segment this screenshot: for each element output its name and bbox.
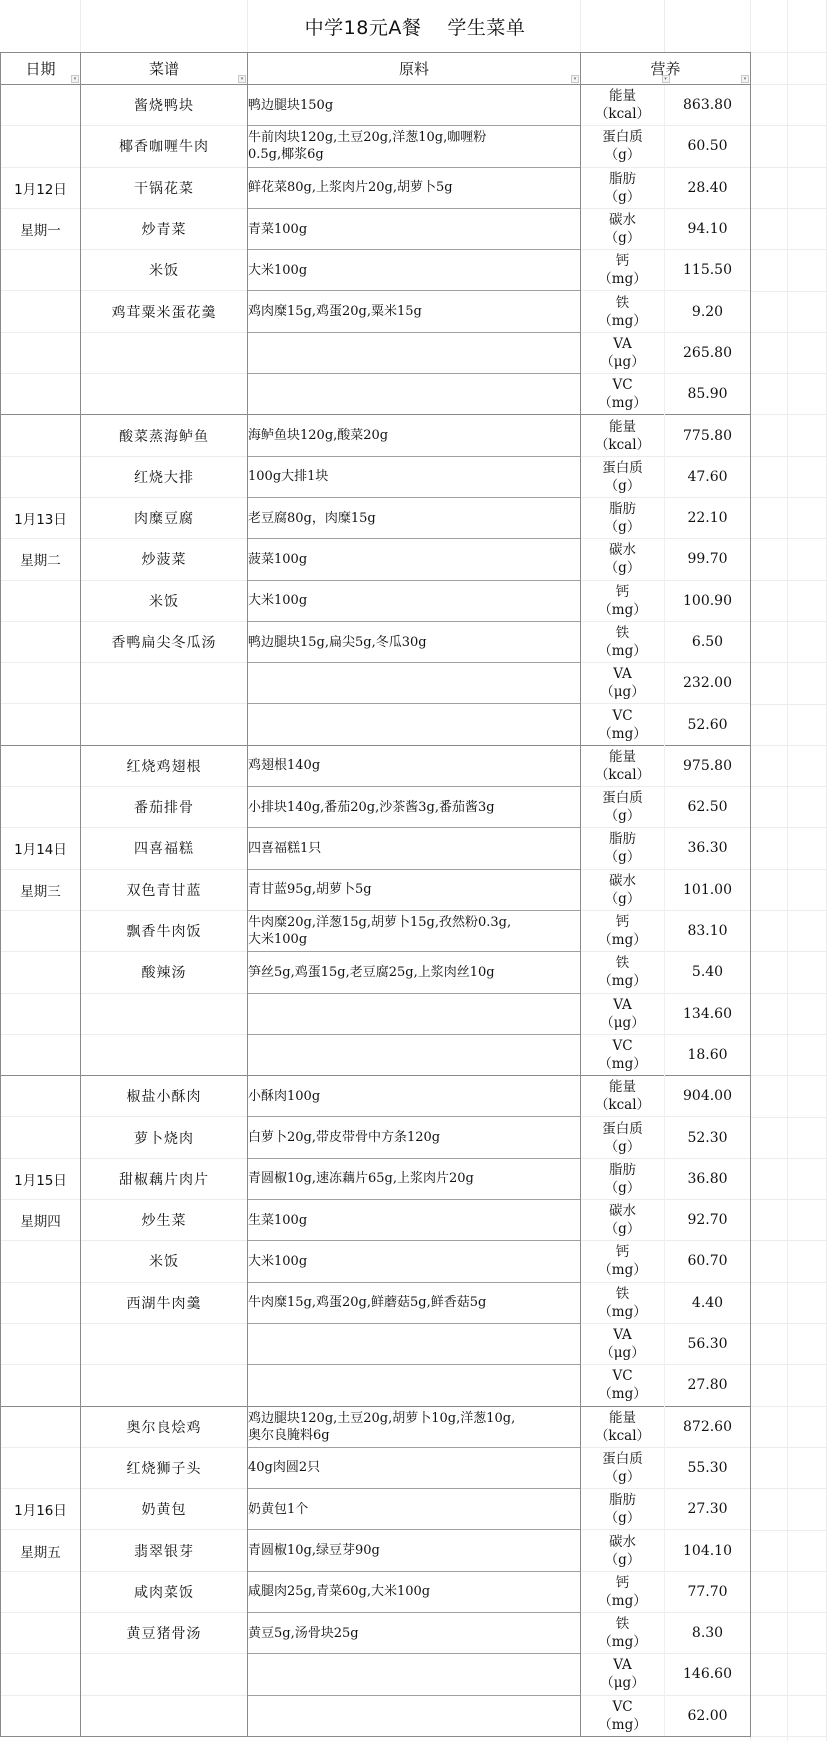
ingredients-cell: 鸡肉糜15g,鸡蛋20g,粟米15g [248, 291, 581, 332]
ingredients-text: 小酥肉100g [248, 1088, 580, 1105]
dish-name-cell: 奥尔良烩鸡 [81, 1406, 248, 1447]
nutrient-value-cell: 101.00 [665, 869, 751, 910]
ingredients-text: 奶黄包1个 [248, 1501, 580, 1518]
nutrient-name: 脂肪 [581, 1161, 664, 1179]
dish-name-cell: 奶黄包 [81, 1489, 248, 1530]
nutrient-name: 碳水 [581, 541, 664, 559]
ingredients-text: 白萝卜20g,带皮带骨中方条120g [248, 1129, 580, 1146]
date-cell-empty [1, 910, 81, 951]
nutrient-unit: （g） [581, 1551, 664, 1569]
nutrient-name: VA [581, 335, 664, 353]
table-row: VA（μg）232.00 [1, 663, 751, 704]
table-row: VC（mg）85.90 [1, 374, 751, 415]
nutrient-value-cell: 232.00 [665, 663, 751, 704]
nutrient-label-cell: 铁（mg） [581, 621, 665, 662]
dish-name-cell: 肉糜豆腐 [81, 497, 248, 538]
date-cell-empty [1, 250, 81, 291]
ingredients-cell: 四喜福糕1只 [248, 828, 581, 869]
ingredients-cell: 笋丝5g,鸡蛋15g,老豆腐25g,上浆肉丝10g [248, 952, 581, 993]
date-cell: 1月14日 [1, 828, 81, 869]
table-row: 酸菜蒸海鲈鱼海鲈鱼块120g,酸菜20g能量（kcal）775.80 [1, 415, 751, 456]
nutrient-value-cell: 62.00 [665, 1695, 751, 1736]
menu-table: 日期 ▾ 菜谱 ▾ 原料 ▾ 营养 ▾ ▾ 酱烧鸭块鸭边腿块150g能量（kca… [0, 52, 751, 1737]
table-row: VA（μg）265.80 [1, 332, 751, 373]
table-row: 香鸭扁尖冬瓜汤鸭边腿块15g,扁尖5g,冬瓜30g铁（mg）6.50 [1, 621, 751, 662]
table-row: 米饭大米100g钙（mg）100.90 [1, 580, 751, 621]
dish-name-cell: 飘香牛肉饭 [81, 910, 248, 951]
dish-name-cell: 酸菜蒸海鲈鱼 [81, 415, 248, 456]
ingredients-cell [248, 1654, 581, 1695]
dish-name-cell: 米饭 [81, 250, 248, 291]
nutrient-label-cell: 碳水（g） [581, 208, 665, 249]
nutrient-name: VA [581, 1326, 664, 1344]
nutrient-unit: （g） [581, 1509, 664, 1527]
dish-name-cell: 红烧鸡翅根 [81, 745, 248, 786]
ingredients-text: 咸腿肉25g,青菜60g,大米100g [248, 1583, 580, 1600]
dish-name-cell: 甜椒藕片肉片 [81, 1158, 248, 1199]
nutrient-name: 脂肪 [581, 830, 664, 848]
ingredients-cell [248, 993, 581, 1034]
nutrient-name: VC [581, 1037, 664, 1055]
table-row: 红烧大排100g大排1块蛋白质（g）47.60 [1, 456, 751, 497]
ingredients-cell: 黄豆5g,汤骨块25g [248, 1612, 581, 1653]
nutrient-label-cell: 脂肪（g） [581, 497, 665, 538]
nutrient-label-cell: 蛋白质（g） [581, 126, 665, 167]
nutrient-unit: （mg） [581, 1303, 664, 1321]
ingredients-cell: 鸡边腿块120g,土豆20g,胡萝卜10g,洋葱10g, 奥尔良腌料6g [248, 1406, 581, 1447]
table-row: 1月14日四喜福糕四喜福糕1只脂肪（g）36.30 [1, 828, 751, 869]
nutrient-value-cell: 36.80 [665, 1158, 751, 1199]
nutrient-name: 蛋白质 [581, 128, 664, 146]
nutrient-label-cell: 铁（mg） [581, 291, 665, 332]
table-row: 酱烧鸭块鸭边腿块150g能量（kcal）863.80 [1, 85, 751, 126]
header-row: 日期 ▾ 菜谱 ▾ 原料 ▾ 营养 ▾ ▾ [1, 53, 751, 85]
weekday-cell: 星期三 [1, 869, 81, 910]
dish-name-cell: 干锅花菜 [81, 167, 248, 208]
table-row: 星期四炒生菜生菜100g碳水（g）92.70 [1, 1200, 751, 1241]
date-cell-empty [1, 1406, 81, 1447]
table-row: 红烧狮子头40g肉圆2只蛋白质（g）55.30 [1, 1447, 751, 1488]
ingredients-cell: 白萝卜20g,带皮带骨中方条120g [248, 1117, 581, 1158]
nutrient-value-cell: 27.30 [665, 1489, 751, 1530]
ingredients-text: 青甘蓝95g,胡萝卜5g [248, 881, 580, 898]
nutrient-name: 蛋白质 [581, 459, 664, 477]
nutrient-unit: （g） [581, 518, 664, 536]
nutrient-value-cell: 60.50 [665, 126, 751, 167]
dish-name-cell [81, 704, 248, 745]
date-cell-empty [1, 1695, 81, 1736]
nutrient-label-cell: 脂肪（g） [581, 828, 665, 869]
nutrient-value-cell: 27.80 [665, 1365, 751, 1406]
nutrient-label-cell: 钙（mg） [581, 1571, 665, 1612]
nutrient-unit: （mg） [581, 1385, 664, 1403]
dish-name-cell: 椒盐小酥肉 [81, 1076, 248, 1117]
nutrient-unit: （g） [581, 848, 664, 866]
ingredients-text: 老豆腐80g，肉糜15g [248, 510, 580, 527]
date-cell-empty [1, 1076, 81, 1117]
nutrient-unit: （mg） [581, 972, 664, 990]
nutrient-value-cell: 6.50 [665, 621, 751, 662]
dish-name-cell: 米饭 [81, 1241, 248, 1282]
nutrient-value-cell: 99.70 [665, 539, 751, 580]
nutrient-unit: （g） [581, 1220, 664, 1238]
ingredients-cell [248, 1695, 581, 1736]
nutrient-value-cell: 863.80 [665, 85, 751, 126]
ingredients-text: 大米100g [248, 1253, 580, 1270]
nutrient-unit: （μg） [581, 1344, 664, 1362]
filter-dropdown-icon[interactable]: ▾ [662, 75, 670, 83]
nutrient-label-cell: 脂肪（g） [581, 167, 665, 208]
dish-name-cell: 酸辣汤 [81, 952, 248, 993]
ingredients-cell [248, 1323, 581, 1364]
dish-name-cell: 萝卜烧肉 [81, 1117, 248, 1158]
date-cell-empty [1, 1117, 81, 1158]
dish-name-cell: 鸡茸粟米蛋花羹 [81, 291, 248, 332]
ingredients-cell: 牛肉糜20g,洋葱15g,胡萝卜15g,孜然粉0.3g, 大米100g [248, 910, 581, 951]
nutrient-label-cell: 碳水（g） [581, 1530, 665, 1571]
date-cell: 1月16日 [1, 1489, 81, 1530]
date-cell-empty [1, 1323, 81, 1364]
nutrient-unit: （kcal） [581, 766, 664, 784]
weekday-cell: 星期五 [1, 1530, 81, 1571]
ingredients-text: 青圆椒10g,绿豆芽90g [248, 1542, 580, 1559]
ingredients-cell [248, 1365, 581, 1406]
nutrient-label-cell: VA（μg） [581, 332, 665, 373]
nutrient-name: 铁 [581, 624, 664, 642]
date-cell-empty [1, 663, 81, 704]
nutrient-unit: （g） [581, 146, 664, 164]
nutrient-value-cell: 94.10 [665, 208, 751, 249]
nutrient-value-cell: 115.50 [665, 250, 751, 291]
nutrient-value-cell: 9.20 [665, 291, 751, 332]
filter-dropdown-icon[interactable]: ▾ [71, 75, 79, 83]
date-cell-empty [1, 1034, 81, 1075]
nutrient-name: 脂肪 [581, 1491, 664, 1509]
date-cell-empty [1, 126, 81, 167]
ingredients-cell: 鸭边腿块15g,扁尖5g,冬瓜30g [248, 621, 581, 662]
nutrient-name: 钙 [581, 583, 664, 601]
ingredients-text: 40g肉圆2只 [248, 1459, 580, 1476]
nutrient-label-cell: 碳水（g） [581, 1200, 665, 1241]
ingredients-cell [248, 704, 581, 745]
ingredients-cell: 青甘蓝95g,胡萝卜5g [248, 869, 581, 910]
nutrient-name: VA [581, 1656, 664, 1674]
nutrient-label-cell: 钙（mg） [581, 580, 665, 621]
table-row: 米饭大米100g钙（mg）115.50 [1, 250, 751, 291]
nutrient-label-cell: 脂肪（g） [581, 1158, 665, 1199]
nutrient-unit: （mg） [581, 312, 664, 330]
ingredients-text: 海鲈鱼块120g,酸菜20g [248, 427, 580, 444]
nutrient-name: VC [581, 1367, 664, 1385]
ingredients-cell: 老豆腐80g，肉糜15g [248, 497, 581, 538]
ingredients-text: 笋丝5g,鸡蛋15g,老豆腐25g,上浆肉丝10g [248, 964, 580, 981]
table-row: 番茄排骨小排块140g,番茄20g,沙茶酱3g,番茄酱3g蛋白质（g）62.50 [1, 787, 751, 828]
nutrient-value-cell: 18.60 [665, 1034, 751, 1075]
dish-name-cell [81, 1654, 248, 1695]
dish-name-cell [81, 663, 248, 704]
title-part-1: 中学18元A餐 [305, 13, 422, 40]
ingredients-text: 牛肉糜20g,洋葱15g,胡萝卜15g,孜然粉0.3g, 大米100g [248, 914, 580, 948]
ingredients-cell: 牛肉糜15g,鸡蛋20g,鲜蘑菇5g,鲜香菇5g [248, 1282, 581, 1323]
table-row: 1月16日奶黄包奶黄包1个脂肪（g）27.30 [1, 1489, 751, 1530]
ingredients-cell [248, 332, 581, 373]
menu-body: 酱烧鸭块鸭边腿块150g能量（kcal）863.80椰香咖喱牛肉牛前肉块120g… [1, 85, 751, 1737]
nutrient-unit: （g） [581, 807, 664, 825]
nutrient-label-cell: 能量（kcal） [581, 745, 665, 786]
ingredients-cell: 鸭边腿块150g [248, 85, 581, 126]
dish-name-cell: 四喜福糕 [81, 828, 248, 869]
dish-name-cell: 米饭 [81, 580, 248, 621]
table-row: VC（mg）52.60 [1, 704, 751, 745]
nutrient-label-cell: 能量（kcal） [581, 1406, 665, 1447]
weekday-cell: 星期二 [1, 539, 81, 580]
table-row: 酸辣汤笋丝5g,鸡蛋15g,老豆腐25g,上浆肉丝10g铁（mg）5.40 [1, 952, 751, 993]
nutrient-unit: （mg） [581, 1716, 664, 1734]
nutrient-label-cell: VC（mg） [581, 1365, 665, 1406]
table-row: VA（μg）56.30 [1, 1323, 751, 1364]
nutrient-name: 碳水 [581, 211, 664, 229]
title-part-2: 学生菜单 [447, 13, 525, 40]
nutrient-value-cell: 92.70 [665, 1200, 751, 1241]
date-cell-empty [1, 993, 81, 1034]
date-cell-empty [1, 580, 81, 621]
nutrient-name: 铁 [581, 1615, 664, 1633]
nutrient-unit: （g） [581, 1468, 664, 1486]
date-cell-empty [1, 1612, 81, 1653]
date-cell-empty [1, 1365, 81, 1406]
nutrient-unit: （g） [581, 890, 664, 908]
nutrient-unit: （mg） [581, 1261, 664, 1279]
nutrient-value-cell: 146.60 [665, 1654, 751, 1695]
table-row: 西湖牛肉羹牛肉糜15g,鸡蛋20g,鲜蘑菇5g,鲜香菇5g铁（mg）4.40 [1, 1282, 751, 1323]
table-row: 红烧鸡翅根鸡翅根140g能量（kcal）975.80 [1, 745, 751, 786]
table-row: 星期二炒菠菜菠菜100g碳水（g）99.70 [1, 539, 751, 580]
ingredients-text: 100g大排1块 [248, 468, 580, 485]
nutrient-label-cell: 蛋白质（g） [581, 456, 665, 497]
weekday-cell: 星期四 [1, 1200, 81, 1241]
date-cell-empty [1, 456, 81, 497]
table-row: 椒盐小酥肉小酥肉100g能量（kcal）904.00 [1, 1076, 751, 1117]
ingredients-cell: 青圆椒10g,速冻藕片65g,上浆肉片20g [248, 1158, 581, 1199]
nutrient-value-cell: 8.30 [665, 1612, 751, 1653]
nutrient-unit: （kcal） [581, 105, 664, 123]
nutrient-name: 能量 [581, 418, 664, 436]
dish-name-cell: 炒生菜 [81, 1200, 248, 1241]
dish-name-cell [81, 993, 248, 1034]
filter-dropdown-icon[interactable]: ▾ [571, 75, 579, 83]
dish-name-cell: 翡翠银芽 [81, 1530, 248, 1571]
nutrient-label-cell: 钙（mg） [581, 1241, 665, 1282]
header-ingredients-label: 原料 [399, 60, 429, 78]
ingredients-text: 大米100g [248, 592, 580, 609]
table-row: 黄豆猪骨汤黄豆5g,汤骨块25g铁（mg）8.30 [1, 1612, 751, 1653]
nutrient-name: 钙 [581, 252, 664, 270]
nutrient-label-cell: VA（μg） [581, 1654, 665, 1695]
nutrient-unit: （μg） [581, 1674, 664, 1692]
table-row: VA（μg）134.60 [1, 993, 751, 1034]
ingredients-text: 大米100g [248, 262, 580, 279]
filter-dropdown-icon[interactable]: ▾ [741, 75, 749, 83]
date-cell-empty [1, 1282, 81, 1323]
table-row: 萝卜烧肉白萝卜20g,带皮带骨中方条120g蛋白质（g）52.30 [1, 1117, 751, 1158]
dish-name-cell [81, 332, 248, 373]
nutrient-value-cell: 872.60 [665, 1406, 751, 1447]
nutrient-unit: （g） [581, 188, 664, 206]
ingredients-cell: 大米100g [248, 1241, 581, 1282]
ingredients-text: 黄豆5g,汤骨块25g [248, 1625, 580, 1642]
ingredients-text: 鲜花菜80g,上浆肉片20g,胡萝卜5g [248, 179, 580, 196]
nutrient-name: 铁 [581, 954, 664, 972]
table-row: VC（mg）27.80 [1, 1365, 751, 1406]
nutrient-unit: （mg） [581, 1055, 664, 1073]
table-row: 1月13日肉糜豆腐老豆腐80g，肉糜15g脂肪（g）22.10 [1, 497, 751, 538]
dish-name-cell [81, 374, 248, 415]
header-dish: 菜谱 ▾ [81, 53, 248, 85]
table-row: 1月12日干锅花菜鲜花菜80g,上浆肉片20g,胡萝卜5g脂肪（g）28.40 [1, 167, 751, 208]
nutrient-value-cell: 52.30 [665, 1117, 751, 1158]
table-row: 米饭大米100g钙（mg）60.70 [1, 1241, 751, 1282]
nutrient-label-cell: 钙（mg） [581, 910, 665, 951]
dish-name-cell: 咸肉菜饭 [81, 1571, 248, 1612]
dish-name-cell [81, 1034, 248, 1075]
nutrient-label-cell: VA（μg） [581, 663, 665, 704]
nutrient-value-cell: 36.30 [665, 828, 751, 869]
ingredients-cell: 海鲈鱼块120g,酸菜20g [248, 415, 581, 456]
nutrient-name: 脂肪 [581, 170, 664, 188]
table-row: VA（μg）146.60 [1, 1654, 751, 1695]
nutrient-unit: （mg） [581, 931, 664, 949]
date-cell: 1月15日 [1, 1158, 81, 1199]
ingredients-text: 牛肉糜15g,鸡蛋20g,鲜蘑菇5g,鲜香菇5g [248, 1294, 580, 1311]
nutrient-value-cell: 77.70 [665, 1571, 751, 1612]
nutrient-label-cell: 蛋白质（g） [581, 787, 665, 828]
weekday-cell: 星期一 [1, 208, 81, 249]
table-row: 鸡茸粟米蛋花羹鸡肉糜15g,鸡蛋20g,粟米15g铁（mg）9.20 [1, 291, 751, 332]
dish-name-cell: 酱烧鸭块 [81, 85, 248, 126]
dish-name-cell: 香鸭扁尖冬瓜汤 [81, 621, 248, 662]
ingredients-text: 生菜100g [248, 1212, 580, 1229]
nutrient-label-cell: VC（mg） [581, 704, 665, 745]
table-row: VC（mg）18.60 [1, 1034, 751, 1075]
nutrient-label-cell: 脂肪（g） [581, 1489, 665, 1530]
ingredients-text: 青菜100g [248, 221, 580, 238]
date-cell-empty [1, 952, 81, 993]
nutrient-unit: （mg） [581, 270, 664, 288]
dish-name-cell: 黄豆猪骨汤 [81, 1612, 248, 1653]
nutrient-label-cell: 能量（kcal） [581, 415, 665, 456]
nutrient-label-cell: VC（mg） [581, 374, 665, 415]
ingredients-text: 四喜福糕1只 [248, 840, 580, 857]
nutrient-name: 铁 [581, 294, 664, 312]
table-row: 椰香咖喱牛肉牛前肉块120g,土豆20g,洋葱10g,咖喱粉 0.5g,椰浆6g… [1, 126, 751, 167]
nutrient-unit: （μg） [581, 353, 664, 371]
nutrient-label-cell: 钙（mg） [581, 250, 665, 291]
ingredients-cell: 生菜100g [248, 1200, 581, 1241]
filter-dropdown-icon[interactable]: ▾ [238, 75, 246, 83]
dish-name-cell: 红烧大排 [81, 456, 248, 497]
ingredients-cell: 牛前肉块120g,土豆20g,洋葱10g,咖喱粉 0.5g,椰浆6g [248, 126, 581, 167]
dish-name-cell: 西湖牛肉羹 [81, 1282, 248, 1323]
nutrient-label-cell: 蛋白质（g） [581, 1447, 665, 1488]
nutrient-unit: （g） [581, 1138, 664, 1156]
table-row: 星期三双色青甘蓝青甘蓝95g,胡萝卜5g碳水（g）101.00 [1, 869, 751, 910]
dish-name-cell: 红烧狮子头 [81, 1447, 248, 1488]
date-cell: 1月13日 [1, 497, 81, 538]
dish-name-cell [81, 1323, 248, 1364]
nutrient-unit: （mg） [581, 1592, 664, 1610]
ingredients-cell: 小酥肉100g [248, 1076, 581, 1117]
nutrient-value-cell: 55.30 [665, 1447, 751, 1488]
nutrient-value-cell: 85.90 [665, 374, 751, 415]
table-row: VC（mg）62.00 [1, 1695, 751, 1736]
header-date: 日期 ▾ [1, 53, 81, 85]
nutrient-unit: （kcal） [581, 436, 664, 454]
nutrient-value-cell: 56.30 [665, 1323, 751, 1364]
ingredients-cell: 鸡翅根140g [248, 745, 581, 786]
ingredients-text: 鸭边腿块150g [248, 97, 580, 114]
nutrient-name: 蛋白质 [581, 1450, 664, 1468]
nutrient-label-cell: 铁（mg） [581, 1612, 665, 1653]
table-row: 咸肉菜饭咸腿肉25g,青菜60g,大米100g钙（mg）77.70 [1, 1571, 751, 1612]
nutrient-value-cell: 975.80 [665, 745, 751, 786]
date-cell-empty [1, 745, 81, 786]
nutrient-value-cell: 22.10 [665, 497, 751, 538]
nutrient-name: 脂肪 [581, 500, 664, 518]
nutrient-value-cell: 83.10 [665, 910, 751, 951]
nutrient-value-cell: 265.80 [665, 332, 751, 373]
nutrient-unit: （kcal） [581, 1427, 664, 1445]
dish-name-cell [81, 1365, 248, 1406]
nutrient-value-cell: 5.40 [665, 952, 751, 993]
ingredients-cell: 小排块140g,番茄20g,沙茶酱3g,番茄酱3g [248, 787, 581, 828]
nutrient-value-cell: 100.90 [665, 580, 751, 621]
nutrient-name: VC [581, 707, 664, 725]
dish-name-cell: 番茄排骨 [81, 787, 248, 828]
nutrient-name: 钙 [581, 913, 664, 931]
ingredients-text: 菠菜100g [248, 551, 580, 568]
nutrient-value-cell: 775.80 [665, 415, 751, 456]
date-cell-empty [1, 1447, 81, 1488]
date-cell-empty [1, 704, 81, 745]
nutrient-unit: （mg） [581, 642, 664, 660]
date-cell-empty [1, 621, 81, 662]
nutrient-unit: （g） [581, 477, 664, 495]
nutrient-name: VC [581, 1698, 664, 1716]
nutrient-unit: （mg） [581, 601, 664, 619]
ingredients-cell: 菠菜100g [248, 539, 581, 580]
table-row: 1月15日甜椒藕片肉片青圆椒10g,速冻藕片65g,上浆肉片20g脂肪（g）36… [1, 1158, 751, 1199]
table-row: 奥尔良烩鸡鸡边腿块120g,土豆20g,胡萝卜10g,洋葱10g, 奥尔良腌料6… [1, 1406, 751, 1447]
ingredients-text: 鸡翅根140g [248, 757, 580, 774]
nutrient-value-cell: 4.40 [665, 1282, 751, 1323]
nutrient-value-cell: 47.60 [665, 456, 751, 497]
nutrient-value-cell: 104.10 [665, 1530, 751, 1571]
date-cell-empty [1, 85, 81, 126]
nutrient-name: VA [581, 665, 664, 683]
nutrient-unit: （μg） [581, 1014, 664, 1032]
nutrient-unit: （g） [581, 1179, 664, 1197]
nutrient-name: 能量 [581, 748, 664, 766]
ingredients-cell: 鲜花菜80g,上浆肉片20g,胡萝卜5g [248, 167, 581, 208]
ingredients-text: 牛前肉块120g,土豆20g,洋葱10g,咖喱粉 0.5g,椰浆6g [248, 129, 580, 163]
nutrient-name: 钙 [581, 1243, 664, 1261]
nutrient-unit: （kcal） [581, 1096, 664, 1114]
date-cell-empty [1, 1571, 81, 1612]
nutrient-label-cell: 铁（mg） [581, 1282, 665, 1323]
nutrient-name: 蛋白质 [581, 1120, 664, 1138]
nutrient-label-cell: VA（μg） [581, 1323, 665, 1364]
table-row: 星期五翡翠银芽青圆椒10g,绿豆芽90g碳水（g）104.10 [1, 1530, 751, 1571]
